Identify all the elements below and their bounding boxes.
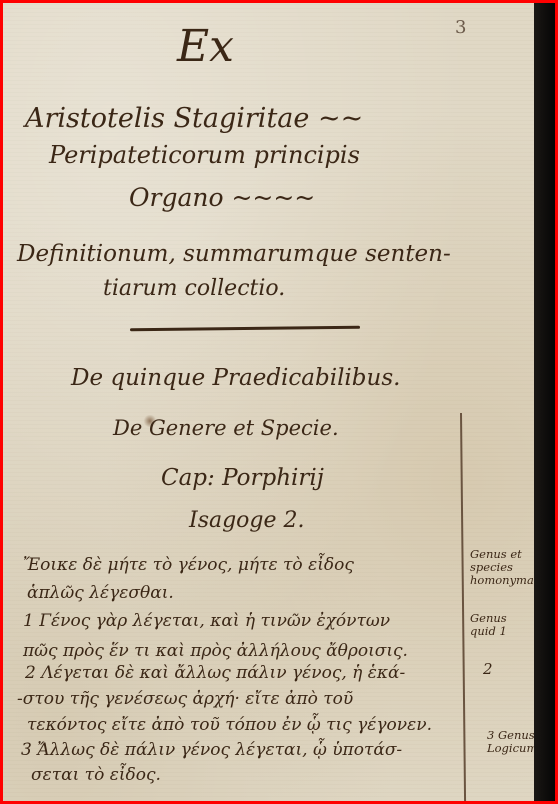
greek-line-1: Ἔοικε δὲ μήτε τὸ γένος, μήτε τὸ εἶδος [23, 555, 354, 575]
greek-line-2: ἁπλῶς λέγεσθαι. [27, 583, 174, 603]
margin-note-2: Genus quid 1 [470, 612, 532, 638]
greek-line-5: 2 Λέγεται δὲ καὶ ἄλλως πάλιν γένος, ἡ ἑκ… [25, 663, 405, 683]
margin-note-3: 2 [483, 663, 493, 676]
greek-line-7: τεκόντος εἴτε ἀπὸ τοῦ τόπου ἐν ᾧ τις γέγ… [27, 715, 432, 735]
section-heading-4: Isagoge 2. [189, 508, 305, 533]
greek-line-8: 3 Ἄλλως δὲ πάλιν γένος λέγεται, ᾧ ὑποτάσ… [21, 740, 402, 760]
title-line-5: tiarum collectio. [103, 276, 285, 301]
title-ex: Ex [177, 21, 234, 72]
section-heading-3: Cap: Porphirij [161, 465, 324, 491]
title-line-4: Definitionum, summarumque senten- [17, 241, 451, 267]
image-frame: 3 Ex Aristotelis Stagiritae ~~ Peripatet… [0, 0, 558, 804]
margin-note-1: Genus et species homonyma. [470, 548, 532, 587]
title-line-2: Peripateticorum principis [49, 141, 360, 169]
section-heading-1: De quinque Praedicabilibus. [71, 365, 400, 391]
title-divider-rule [130, 326, 360, 331]
greek-line-6: -στου τῆς γενέσεως ἀρχή· εἴτε ἀπὸ τοῦ [17, 689, 353, 709]
margin-rule [460, 413, 466, 801]
greek-line-4: πῶς πρὸς ἕν τι καὶ πρὸς ἀλλήλους ἄθροισι… [23, 641, 408, 661]
title-line-3: Organo ~~~~ [129, 183, 315, 212]
folio-number: 3 [455, 17, 466, 38]
manuscript-page: 3 Ex Aristotelis Stagiritae ~~ Peripatet… [3, 3, 537, 801]
section-heading-2: De Genere et Specie. [113, 416, 339, 440]
greek-line-9: σεται τὸ εἶδος. [31, 765, 161, 785]
book-binding-edge [534, 3, 555, 801]
greek-line-3: 1 Γένος γὰρ λέγεται, καὶ ἡ τινῶν ἐχόντων [23, 611, 390, 631]
title-line-1: Aristotelis Stagiritae ~~ [25, 103, 363, 134]
margin-note-4: 3 Genus Logicum [487, 729, 537, 755]
